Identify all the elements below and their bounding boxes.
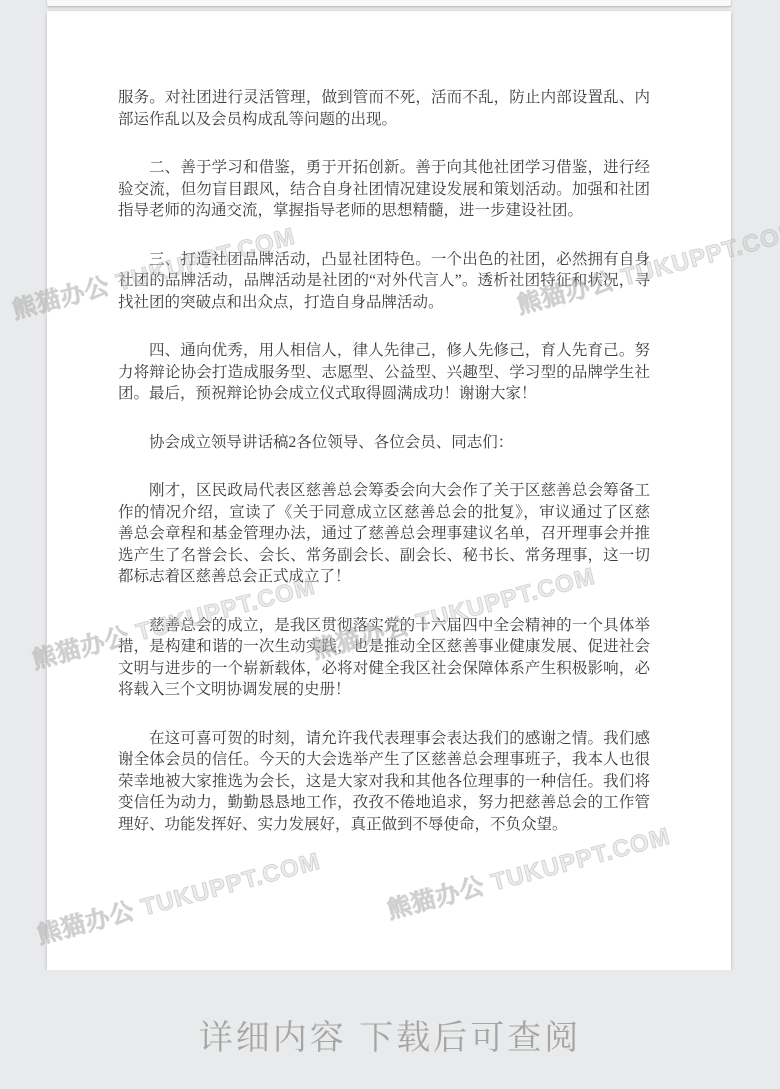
- paragraph: 协会成立领导讲话稿2各位领导、各位会员、同志们：: [118, 432, 650, 454]
- document-page: 服务。对社团进行灵活管理，做到管而不死，活而不乱，防止内部设置乱、内部运作乱以及…: [47, 11, 731, 970]
- document-body: 服务。对社团进行灵活管理，做到管而不死，活而不乱，防止内部设置乱、内部运作乱以及…: [118, 87, 650, 862]
- paragraph: 在这可喜可贺的时刻，请允许我代表理事会表达我们的感谢之情。我们感谢全体会员的信任…: [118, 728, 650, 836]
- paragraph: 二、善于学习和借鉴，勇于开拓创新。善于向其他社团学习借鉴，进行经验交流，但勿盲目…: [118, 157, 650, 222]
- paragraph: 刚才，区民政局代表区慈善总会筹委会向大会作了关于区慈善总会筹备工作的情况介绍，宣…: [118, 480, 650, 588]
- paragraph: 三、打造社团品牌活动，凸显社团特色。一个出色的社团，必然拥有自身社团的品牌活动，…: [118, 249, 650, 314]
- previous-page-bottom-edge: [47, 0, 731, 6]
- download-hint-text: 详细内容 下载后可查阅: [0, 1010, 780, 1059]
- paragraph: 四、通向优秀，用人相信人，律人先律己，修人先修己，育人先育己。努力将辩论协会打造…: [118, 340, 650, 405]
- paragraph: 慈善总会的成立，是我区贯彻落实党的十六届四中全会精神的一个具体举措，是构建和谐的…: [118, 615, 650, 701]
- paragraph: 服务。对社团进行灵活管理，做到管而不死，活而不乱，防止内部设置乱、内部运作乱以及…: [118, 87, 650, 130]
